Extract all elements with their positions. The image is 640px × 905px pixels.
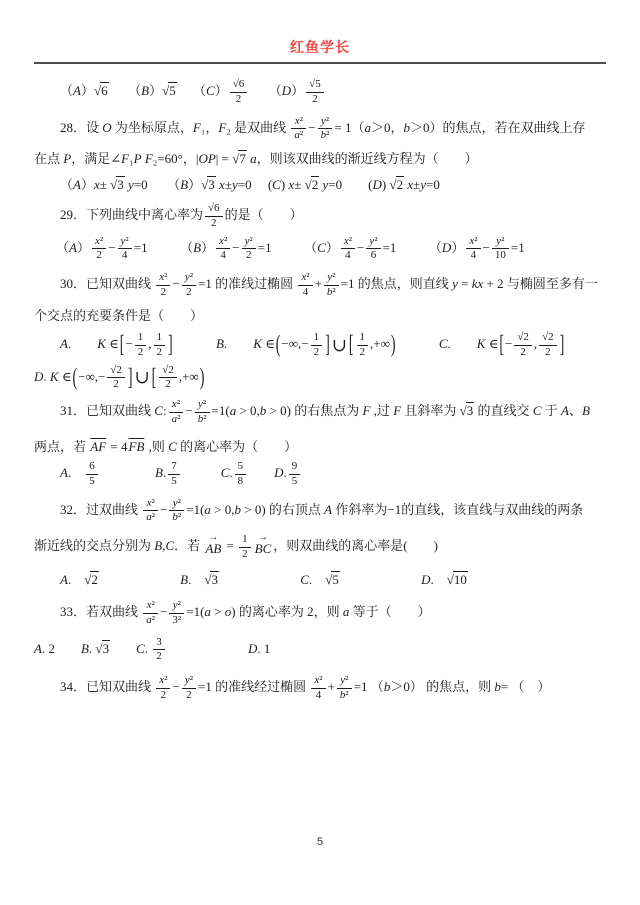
q30-stem-line2: 个交点的充要条件是（ ）	[34, 306, 606, 326]
q30-stem-line1: 30．已知双曲线 x²2−y²2=1 的准线过椭圆 x²4+y²b²=1 的焦点…	[34, 271, 606, 300]
q28-stem-line2: 在点 P，满足∠F₁P F₂=60°，|OP| = √7 a，则该双曲线的渐近线…	[34, 149, 606, 169]
page-number: 5	[0, 836, 640, 848]
q30-option-d-row: D. K ∈(−∞,−√22]∪[√22,+∞)	[34, 364, 606, 393]
q30-options-abc-row: A. K ∈[−12,12] B. K ∈(−∞,−12]∪[12,+∞) C.…	[34, 331, 606, 360]
q31-stem-line1: 31．已知双曲线 C:x²a²−y²b²=1(a > 0,b > 0) 的右焦点…	[34, 398, 606, 427]
q28-stem-line1: 28．设 O 为坐标原点，F₁，F₂ 是双曲线 x²a²−y²b²= 1（a＞0…	[34, 115, 606, 144]
content: （A）√6 （B）√5 （C）√62 （D）√52 28．设 O 为坐标原点，F…	[0, 78, 640, 703]
q33-stem: 33．若双曲线 x²a²−y²3²=1(a > o) 的离心率为 2，则 a 等…	[34, 599, 606, 628]
q29-stem: 29．下列曲线中离心率为√62的是（ ）	[34, 202, 606, 231]
header-rule	[34, 62, 606, 64]
q33-options-row: A. 2 B. √3 C. 32 D. 1	[34, 636, 606, 665]
q29-options-row: （A）x²2−y²4=1 （B）x²4−y²2=1 （C）x²4−y²6=1 （…	[34, 235, 606, 264]
document-page: 红鱼学长 （A）√6 （B）√5 （C）√62 （D）√52 28．设 O 为坐…	[0, 0, 640, 905]
q27-options-row: （A）√6 （B）√5 （C）√62 （D）√52	[34, 78, 606, 107]
q32-stem-line1: 32．过双曲线 x²a²−y²b²=1(a > 0,b > 0) 的右顶点 A …	[34, 497, 606, 526]
q28-options-row: （A）x± √3 y=0 （B）√3 x±y=0 (C) x± √2 y=0 (…	[34, 175, 606, 195]
q31-stem-line2: 两点，若 AF = 4FB ,则 C 的离心率为（ ）	[34, 437, 606, 457]
q32-stem-line2: 渐近线的交点分别为 B,C．若 →AB = 12→BC，则双曲线的离心率是( )	[34, 533, 606, 562]
q31-options-row: A. 65 B.75 C.58 D.95	[34, 460, 606, 489]
q34-stem: 34．已知双曲线 x²2−y²2=1 的准线经过椭圆 x²4+y²b²=1 （b…	[34, 674, 606, 703]
q32-options-row: A. √2 B. √3 C. √5 D. √10	[34, 570, 606, 590]
watermark-brand: 红鱼学长	[0, 0, 640, 57]
